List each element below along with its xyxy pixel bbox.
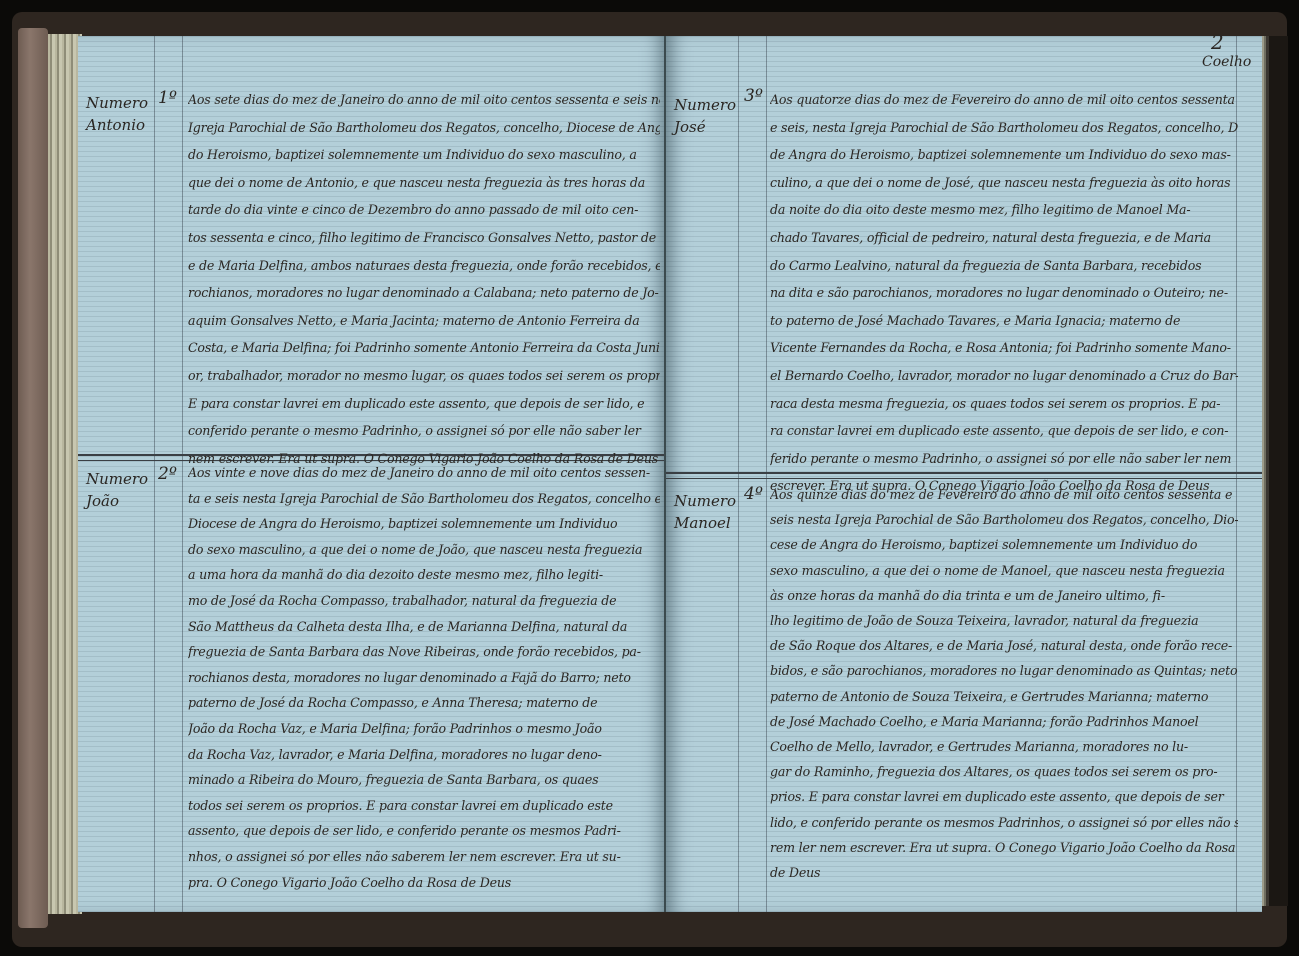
text-line: ta e seis nesta Igreja Parochial de São … — [188, 486, 660, 512]
number-rule — [766, 36, 767, 912]
text-line: culino, a que dei o nome de José, que na… — [770, 169, 1238, 197]
text-line: de São Roque dos Altares, e de Maria Jos… — [770, 633, 1238, 658]
text-line: sexo masculino, a que dei o nome de Mano… — [770, 558, 1238, 583]
text-line: Igreja Parochial de São Bartholomeu dos … — [188, 114, 660, 142]
text-line: rem ler nem escrever. Era ut supra. O Co… — [770, 835, 1238, 860]
text-line: freguezia de Santa Barbara das Nove Ribe… — [188, 639, 660, 665]
entry-label-name: Manoel — [674, 512, 736, 534]
text-line: e de Maria Delfina, ambos naturaes desta… — [188, 252, 660, 280]
entry-label-name: José — [674, 116, 736, 138]
text-line: rochianos, moradores no lugar denominado… — [188, 279, 660, 307]
text-line: aquim Gonsalves Netto, e Maria Jacinta; … — [188, 307, 660, 335]
text-line: ra constar lavrei em duplicado este asse… — [770, 417, 1238, 445]
text-line: São Mattheus da Calheta desta Ilha, e de… — [188, 614, 660, 640]
text-line: João da Rocha Vaz, e Maria Delfina; forã… — [188, 716, 660, 742]
text-line: minado a Ribeira do Mouro, freguezia de … — [188, 767, 660, 793]
page-number: 2 — [1211, 30, 1224, 54]
entry-number: 2º — [158, 464, 177, 484]
entry-label: Numero José — [674, 94, 736, 138]
text-line: cese de Angra do Heroismo, baptizei sole… — [770, 532, 1238, 557]
number-rule — [182, 36, 183, 912]
text-line: Aos quatorze dias do mez de Fevereiro do… — [770, 86, 1238, 114]
margin-rule — [154, 36, 155, 912]
entry-label: Numero Antonio — [86, 92, 148, 136]
entry-number: 1º — [158, 88, 177, 108]
text-line: Aos vinte e nove dias do mez de Janeiro … — [188, 460, 660, 486]
entry-text: Aos sete dias do mez de Janeiro do anno … — [188, 86, 660, 472]
entry-label-name: Antonio — [86, 114, 148, 136]
text-line: na dita e são parochianos, moradores no … — [770, 279, 1238, 307]
text-line: raca desta mesma freguezia, os quaes tod… — [770, 390, 1238, 418]
entry-label-numero: Numero — [86, 92, 148, 114]
book-spine-edge — [18, 28, 48, 928]
text-line: do Heroismo, baptizei solemnemente um In… — [188, 141, 660, 169]
text-line: to paterno de José Machado Tavares, e Ma… — [770, 307, 1238, 335]
text-line: que dei o nome de Antonio, e que nasceu … — [188, 169, 660, 197]
signature-line: de Deus — [770, 860, 1238, 885]
entry-text: Aos quatorze dias do mez de Fevereiro do… — [770, 86, 1238, 500]
text-line: da Rocha Vaz, lavrador, e Maria Delfina,… — [188, 742, 660, 768]
text-line: de José Machado Coelho, e Maria Marianna… — [770, 709, 1238, 734]
text-line: Costa, e Maria Delfina; foi Padrinho som… — [188, 334, 660, 362]
text-line: ferido perante o mesmo Padrinho, o assig… — [770, 445, 1238, 473]
text-line: às onze horas da manhã do dia trinta e u… — [770, 583, 1238, 608]
text-line: e seis, nesta Igreja Parochial de São Ba… — [770, 114, 1238, 142]
text-line: do Carmo Lealvino, natural da freguezia … — [770, 252, 1238, 280]
text-line: Coelho de Mello, lavrador, e Gertrudes M… — [770, 734, 1238, 759]
text-line: rochianos desta, moradores no lugar deno… — [188, 665, 660, 691]
entry-label: Numero João — [86, 468, 148, 512]
page-header-surname: Coelho — [1202, 54, 1251, 70]
text-line: Aos quinze dias do mez de Fevereiro do a… — [770, 482, 1238, 507]
text-line: conferido perante o mesmo Padrinho, o as… — [188, 417, 660, 445]
entry-text: Aos vinte e nove dias do mez de Janeiro … — [188, 460, 660, 895]
text-line: da noite do dia oito deste mesmo mez, fi… — [770, 196, 1238, 224]
margin-rule — [738, 36, 739, 912]
text-line: el Bernardo Coelho, lavrador, morador no… — [770, 362, 1238, 390]
entry-label-numero: Numero — [674, 94, 736, 116]
entry-number: 3º — [744, 86, 763, 106]
entry-number: 4º — [744, 484, 763, 504]
entry-label-numero: Numero — [86, 468, 148, 490]
text-line: todos sei serem os proprios. E para cons… — [188, 793, 660, 819]
text-line: tos sessenta e cinco, filho legitimo de … — [188, 224, 660, 252]
text-line: Diocese de Angra do Heroismo, baptizei s… — [188, 511, 660, 537]
text-line: assento, que depois de ser lido, e confe… — [188, 818, 660, 844]
text-line: chado Tavares, official de pedreiro, nat… — [770, 224, 1238, 252]
text-line: prios. E para constar lavrei em duplicad… — [770, 784, 1238, 809]
text-line: gar do Raminho, freguezia dos Altares, o… — [770, 759, 1238, 784]
text-line: a uma hora da manhã do dia dezoito deste… — [188, 562, 660, 588]
text-line: de Angra do Heroismo, baptizei solemneme… — [770, 141, 1238, 169]
text-line: or, trabalhador, morador no mesmo lugar,… — [188, 362, 660, 390]
text-line: Aos sete dias do mez de Janeiro do anno … — [188, 86, 660, 114]
text-line: Vicente Fernandes da Rocha, e Rosa Anton… — [770, 334, 1238, 362]
text-line: bidos, e são parochianos, moradores no l… — [770, 658, 1238, 683]
text-line: lho legitimo de João de Souza Teixeira, … — [770, 608, 1238, 633]
entry-label-name: João — [86, 490, 148, 512]
entry-label-numero: Numero — [674, 490, 736, 512]
text-line: paterno de José da Rocha Compasso, e Ann… — [188, 690, 660, 716]
text-line: nhos, o assignei só por elles não sabere… — [188, 844, 660, 870]
page-stack-left — [48, 34, 82, 914]
left-page: Numero Antonio 1º Aos sete dias do mez d… — [78, 36, 666, 912]
right-page: 2 Coelho Numero José 3º Aos quatorze dia… — [666, 36, 1262, 912]
page-stack-right — [1262, 36, 1288, 906]
entry-label: Numero Manoel — [674, 490, 736, 534]
text-line: seis nesta Igreja Parochial de São Barth… — [770, 507, 1238, 532]
text-line: paterno de Antonio de Souza Teixeira, e … — [770, 684, 1238, 709]
text-line: tarde do dia vinte e cinco de Dezembro d… — [188, 196, 660, 224]
text-line: do sexo masculino, a que dei o nome de J… — [188, 537, 660, 563]
entry-text: Aos quinze dias do mez de Fevereiro do a… — [770, 482, 1238, 885]
text-line: E para constar lavrei em duplicado este … — [188, 390, 660, 418]
text-line: mo de José da Rocha Compasso, trabalhado… — [188, 588, 660, 614]
signature-line: pra. O Conego Vigario João Coelho da Ros… — [188, 870, 660, 896]
text-line: lido, e conferido perante os mesmos Padr… — [770, 810, 1238, 835]
